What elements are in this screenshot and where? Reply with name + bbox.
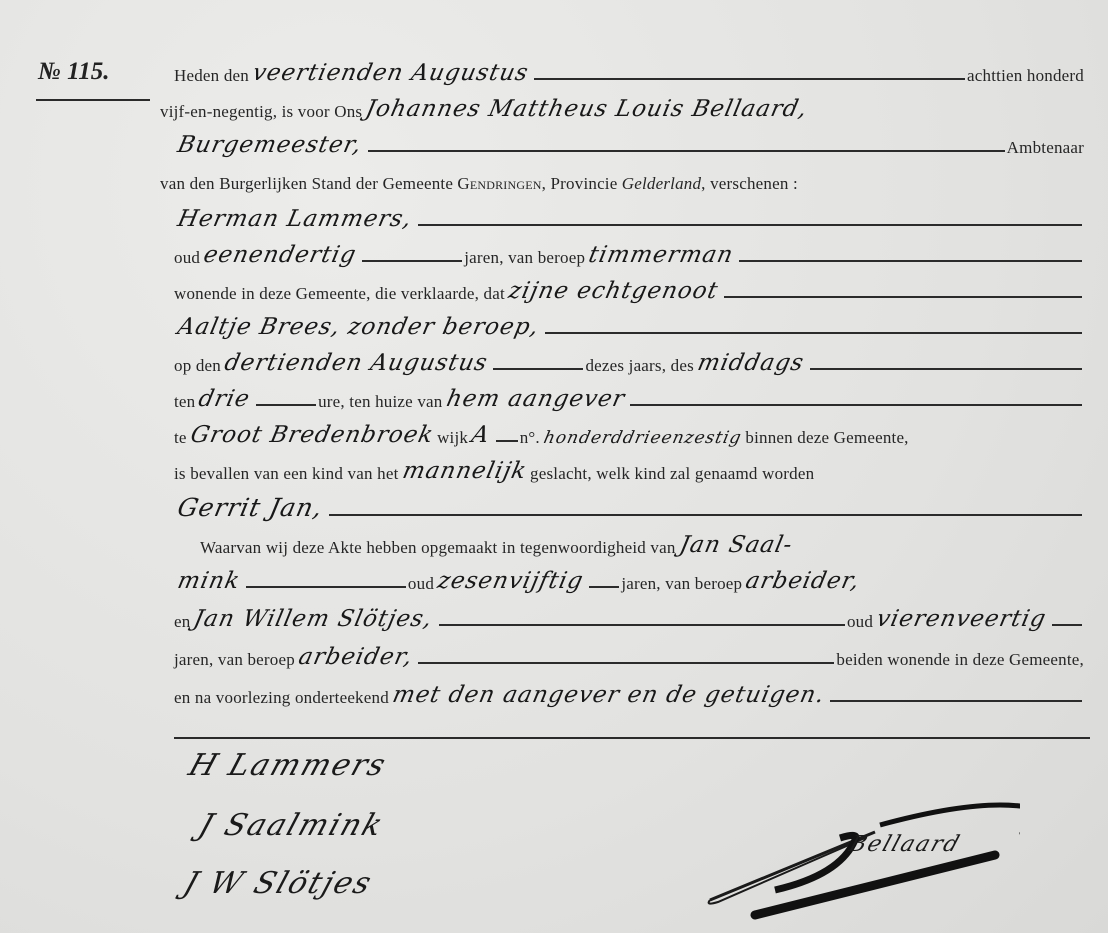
fill-rule xyxy=(439,624,845,626)
fill-rule xyxy=(1052,624,1082,626)
handwritten-birth-date: dertienden Augustus xyxy=(218,350,494,376)
handwritten-ward: A xyxy=(465,422,496,448)
fill-rule xyxy=(418,224,1082,226)
record-number: № 115. xyxy=(38,58,110,86)
printed-text: binnen deze Gemeente, xyxy=(745,428,908,448)
printed-text: geslacht, welk kind zal genaamd worden xyxy=(530,464,814,484)
handwritten-closing: met den aangever en de getuigen. xyxy=(386,682,831,708)
fill-rule xyxy=(630,404,1082,406)
handwritten-declarant-name: Herman Lammers, xyxy=(171,206,418,232)
record-line-5: Herman Lammers, xyxy=(174,198,1084,232)
handwritten-age: eenendertig xyxy=(197,242,363,268)
fill-rule xyxy=(256,404,316,406)
printed-text: op den xyxy=(174,356,221,376)
printed-text: n°. xyxy=(520,428,540,448)
printed-text: dezes jaars, des xyxy=(585,356,693,376)
handwritten-registrar-name: Johannes Mattheus Louis Bellaard, xyxy=(359,96,814,122)
fill-rule xyxy=(368,150,1005,152)
record-line-7: wonende in deze Gemeente, die verklaarde… xyxy=(174,270,1084,304)
fill-rule xyxy=(739,260,1082,262)
record-line-18: en na voorlezing onderteekend met den aa… xyxy=(174,674,1084,708)
record-line-8: Aaltje Brees, zonder beroep, xyxy=(174,306,1084,340)
handwritten-house-number: honderddrieenzestig xyxy=(538,428,748,448)
handwritten-witness-2-age: vierenveertig xyxy=(870,606,1052,632)
handwritten-witness-1-name: Jan Saal- xyxy=(673,532,799,558)
printed-text: wonende in deze Gemeente, die verklaarde… xyxy=(174,284,505,304)
handwritten-witness-1-name-cont: mink xyxy=(171,568,246,594)
record-line-11: te Groot Bredenbroek wijk A n°. honderdd… xyxy=(174,414,1084,448)
handwritten-time-of-day: middags xyxy=(691,350,810,376)
handwritten-sex: mannelijk xyxy=(396,458,533,484)
printed-text: , Provincie xyxy=(542,174,618,194)
fill-rule xyxy=(493,368,583,370)
record-line-2: vijf-en-negentig, is voor Ons Johannes M… xyxy=(160,88,1088,122)
record-line-9: op den dertienden Augustus dezes jaars, … xyxy=(174,342,1084,376)
registrar-name: Bellaard xyxy=(846,832,964,857)
printed-text: jaren, van beroep xyxy=(621,574,742,594)
fill-rule xyxy=(362,260,462,262)
handwritten-place: hem aangever xyxy=(440,386,631,412)
record-line-14: Waarvan wij deze Akte hebben opgemaakt i… xyxy=(200,524,1090,558)
printed-text: oud xyxy=(408,574,434,594)
fill-rule xyxy=(810,368,1082,370)
fill-rule xyxy=(589,586,619,588)
handwritten-occupation: timmerman xyxy=(582,242,740,268)
printed-text: ure, ten huize van xyxy=(318,392,442,412)
printed-text: van den Burgerlijken Stand der Gemeente xyxy=(160,174,453,194)
handwritten-village: Groot Bredenbroek xyxy=(184,422,440,448)
handwritten-hour: drie xyxy=(193,386,257,412)
record-line-10: ten drie ure, ten huize van hem aangever xyxy=(174,378,1084,412)
printed-text: jaren, van beroep xyxy=(464,248,585,268)
handwritten-witness-2-name: Jan Willem Slötjes, xyxy=(188,606,440,632)
printed-text: wijk xyxy=(437,428,468,448)
municipality-name: Gendringen xyxy=(457,174,541,194)
record-line-16: en Jan Willem Slötjes, oud vierenveertig xyxy=(174,598,1084,632)
record-line-6: oud eenendertig jaren, van beroep timmer… xyxy=(174,234,1084,268)
printed-text: jaren, van beroep xyxy=(174,650,295,670)
printed-text: Waarvan wij deze Akte hebben opgemaakt i… xyxy=(200,538,676,558)
record-line-13: Gerrit Jan, xyxy=(174,488,1084,522)
record-number-underline xyxy=(36,99,150,101)
handwritten-relation: zijne echtgenoot xyxy=(502,278,725,304)
record-line-17: jaren, van beroep arbeider, beiden wonen… xyxy=(174,636,1084,670)
handwritten-witness-1-occupation: arbeider, xyxy=(739,568,866,594)
printed-text: Ambtenaar xyxy=(1007,138,1084,158)
printed-text: oud xyxy=(174,248,200,268)
handwritten-mother-name: Aaltje Brees, zonder beroep, xyxy=(171,314,545,340)
signature-witness-1: J Saalmink xyxy=(194,808,388,843)
signature-registrar: Bellaard xyxy=(690,780,1020,920)
printed-text: is bevallen van een kind van het xyxy=(174,464,399,484)
handwritten-witness-2-occupation: arbeider, xyxy=(292,644,419,670)
fill-rule xyxy=(830,700,1082,702)
fill-rule xyxy=(545,332,1082,334)
printed-text: Heden den xyxy=(174,66,249,86)
handwritten-date: veertienden Augustus xyxy=(246,60,535,86)
record-line-12: is bevallen van een kind van het manneli… xyxy=(174,450,1084,484)
printed-text: , verschenen : xyxy=(701,174,798,194)
fill-rule xyxy=(418,662,834,664)
printed-text: oud xyxy=(847,612,873,632)
signature-witness-2: J W Slötjes xyxy=(179,866,377,901)
record-line-4: van den Burgerlijken Stand der Gemeente … xyxy=(160,160,1088,194)
signature-declarant: H Lammers xyxy=(184,748,391,783)
fill-rule xyxy=(246,586,406,588)
fill-rule xyxy=(724,296,1082,298)
handwritten-witness-1-age: zesenvijftig xyxy=(431,568,590,594)
fill-rule xyxy=(496,440,518,442)
record-line-3: Burgemeester, Ambtenaar xyxy=(174,124,1084,158)
fill-rule xyxy=(329,514,1082,516)
record-line-15: mink oud zesenvijftig jaren, van beroep … xyxy=(174,560,1084,594)
printed-text: achttien honderd xyxy=(967,66,1084,86)
printed-text: vijf-en-negentig, is voor Ons xyxy=(160,102,362,122)
printed-text: en na voorlezing onderteekend xyxy=(174,688,389,708)
fill-rule xyxy=(534,78,965,80)
province-name: Gelderland xyxy=(622,174,701,194)
handwritten-child-name: Gerrit Jan, xyxy=(171,493,330,522)
record-line-1: Heden den veertienden Augustus achttien … xyxy=(174,52,1084,86)
handwritten-title: Burgemeester, xyxy=(171,132,368,158)
printed-text: beiden wonende in deze Gemeente, xyxy=(836,650,1084,670)
signature-separator xyxy=(174,737,1090,739)
